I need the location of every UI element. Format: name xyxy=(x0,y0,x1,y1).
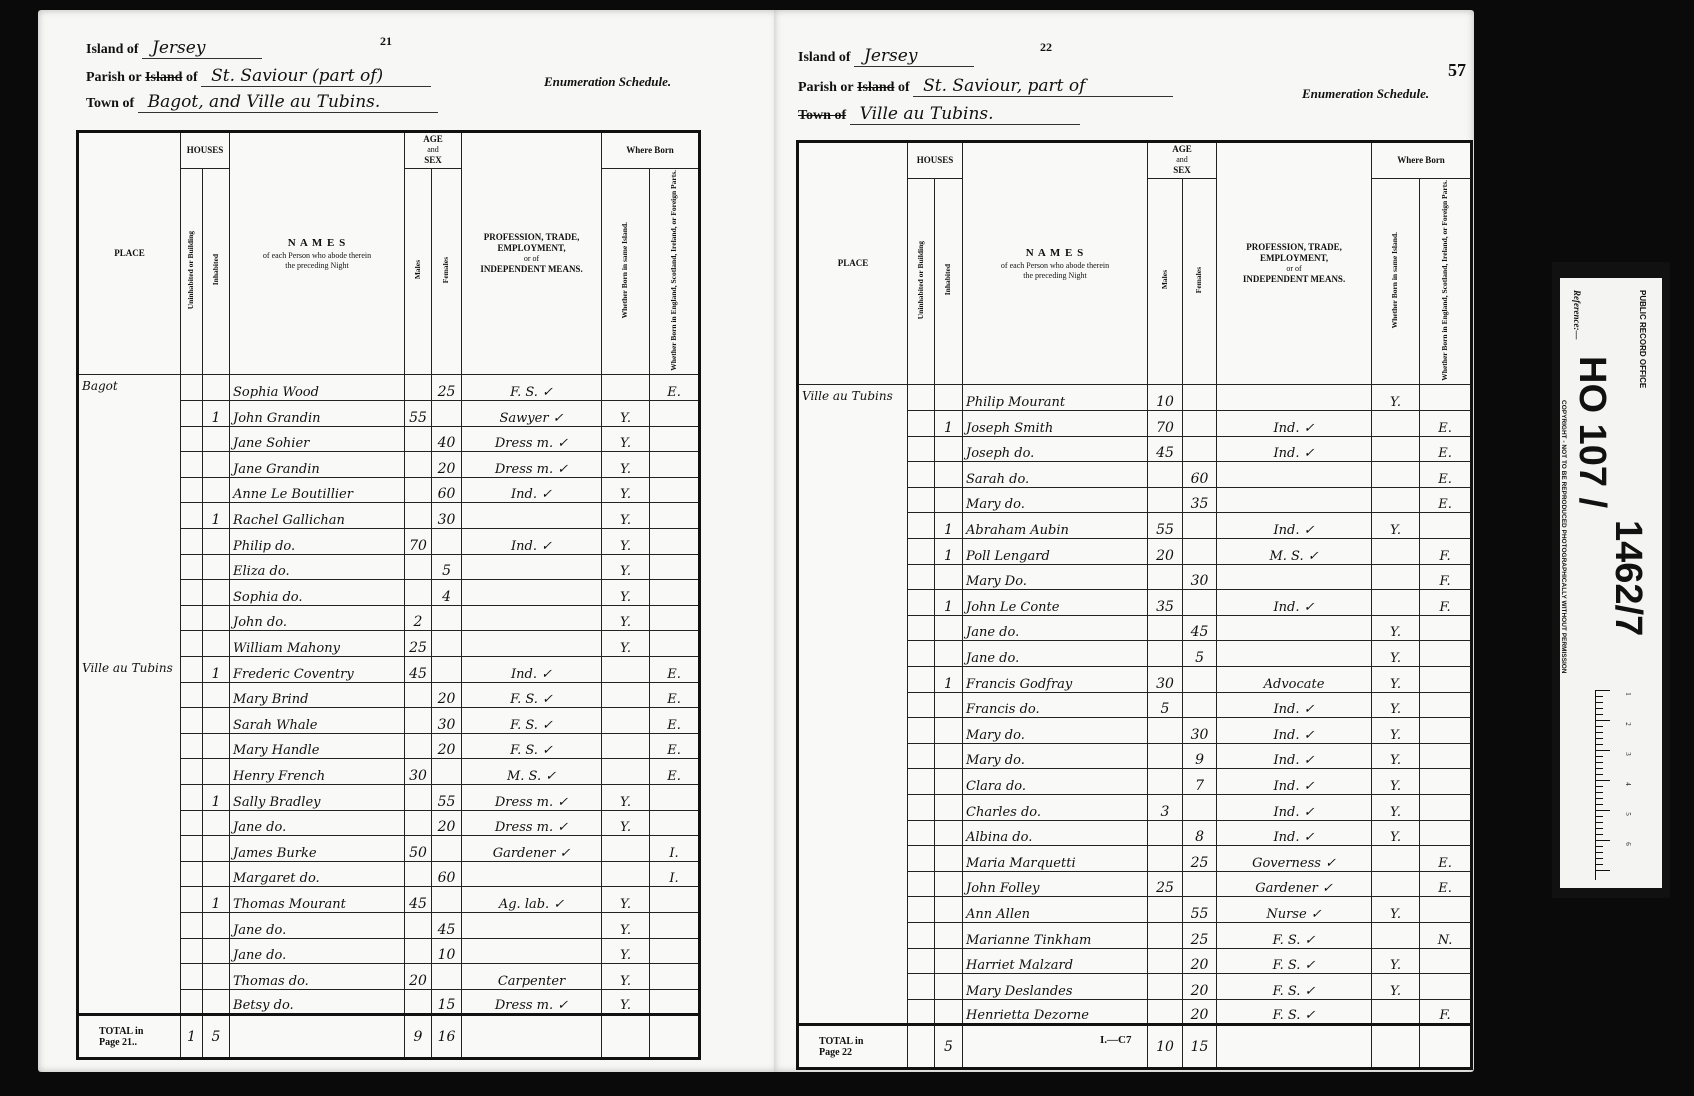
born-same-island-cell: Y. xyxy=(602,503,650,529)
male-age-cell xyxy=(405,861,432,887)
uninhabited-count-cell xyxy=(908,692,935,718)
inhabited-count-cell: 1 xyxy=(935,590,963,616)
male-age-cell xyxy=(405,503,432,529)
occupation-cell: M. S. ✓ xyxy=(462,759,602,785)
occupation-cell xyxy=(462,938,602,964)
census-row: Mary Brind20F. S. ✓E. xyxy=(78,682,700,708)
total-occ-blank xyxy=(1217,1025,1372,1069)
census-row: 1Joseph Smith70Ind. ✓E. xyxy=(798,411,1472,437)
census-row: Joseph do.45Ind. ✓E. xyxy=(798,436,1472,462)
born-same-island-cell: Y. xyxy=(602,810,650,836)
person-name-cell: Jane do. xyxy=(963,615,1148,641)
inhabited-count-cell xyxy=(203,580,230,606)
female-age-cell xyxy=(432,836,462,862)
female-age-cell: 20 xyxy=(432,733,462,759)
uninhabited-count-cell xyxy=(181,426,203,452)
born-same-island-cell xyxy=(602,375,650,401)
born-same-island-cell: Y. xyxy=(1372,513,1420,539)
male-age-cell: 3 xyxy=(1148,794,1183,820)
ruler-tick xyxy=(1596,720,1610,721)
born-same-island-cell: Y. xyxy=(602,912,650,938)
record-office-label: PUBLIC RECORD OFFICE xyxy=(1638,290,1647,388)
born-elsewhere-cell xyxy=(650,784,700,810)
born-elsewhere-cell xyxy=(1420,667,1472,693)
born-same-island-cell: Y. xyxy=(1372,718,1420,744)
total-names-blank xyxy=(963,1025,1148,1069)
male-age-cell: 30 xyxy=(405,759,432,785)
born-elsewhere-cell xyxy=(650,477,700,503)
occupation-cell xyxy=(462,631,602,657)
female-age-cell: 60 xyxy=(1183,462,1217,488)
place-cell xyxy=(798,718,908,744)
census-row: 1Francis Godfray30AdvocateY. xyxy=(798,667,1472,693)
person-name-cell: John do. xyxy=(230,605,405,631)
census-row: William Mahony25Y. xyxy=(78,631,700,657)
place-cell xyxy=(798,411,908,437)
born-same-island-cell: Y. xyxy=(1372,974,1420,1000)
census-row: Philip do.70Ind. ✓Y. xyxy=(78,529,700,555)
male-age-cell xyxy=(1148,999,1183,1025)
col-where-born: Where Born xyxy=(602,132,700,169)
born-elsewhere-cell: E. xyxy=(1420,871,1472,897)
place-cell xyxy=(798,974,908,1000)
ruler-tick xyxy=(1596,846,1603,847)
person-name-cell: James Burke xyxy=(230,836,405,862)
col-profession: PROFESSION, TRADE,EMPLOYMENT,or ofINDEPE… xyxy=(1217,142,1372,385)
female-age-cell: 9 xyxy=(1183,743,1217,769)
inhabited-count-cell xyxy=(203,631,230,657)
occupation-cell: M. S. ✓ xyxy=(1217,539,1372,565)
male-age-cell: 70 xyxy=(1148,411,1183,437)
uninhabited-count-cell xyxy=(181,401,203,427)
inhabited-count-cell xyxy=(935,718,963,744)
island-label: Island of xyxy=(798,50,851,66)
ruler-mark-label: 3 xyxy=(1624,752,1632,756)
male-age-cell: 5 xyxy=(1148,692,1183,718)
ruler-tick xyxy=(1596,744,1603,745)
place-cell xyxy=(798,948,908,974)
ruler-tick xyxy=(1596,852,1603,853)
uninhabited-count-cell xyxy=(908,667,935,693)
occupation-cell: Governess ✓ xyxy=(1217,846,1372,872)
uninhabited-count-cell xyxy=(908,999,935,1025)
inhabited-count-cell xyxy=(203,733,230,759)
person-name-cell: Mary Do. xyxy=(963,564,1148,590)
occupation-cell xyxy=(1217,615,1372,641)
place-cell xyxy=(78,759,181,785)
inhabited-count-cell: 1 xyxy=(935,539,963,565)
female-age-cell: 60 xyxy=(432,477,462,503)
total-females: 16 xyxy=(432,1015,462,1059)
person-name-cell: Mary Handle xyxy=(230,733,405,759)
census-row: James Burke50Gardener ✓I. xyxy=(78,836,700,862)
island-value: Jersey xyxy=(142,38,262,59)
uninhabited-count-cell xyxy=(181,682,203,708)
left-island-line: Island of Jersey xyxy=(86,38,262,59)
born-elsewhere-cell xyxy=(650,554,700,580)
col-names: N A M E Sof each Person who abode therei… xyxy=(230,132,405,375)
person-name-cell: Sophia do. xyxy=(230,580,405,606)
occupation-cell: F. S. ✓ xyxy=(462,733,602,759)
inhabited-count-cell: 1 xyxy=(203,503,230,529)
female-age-cell xyxy=(1183,385,1217,411)
occupation-cell: Dress m. ✓ xyxy=(462,452,602,478)
total-label: TOTAL in Page 21.. xyxy=(78,1015,181,1059)
col-uninhabited: Uninhabited or Building xyxy=(908,178,935,385)
inhabited-count-cell xyxy=(935,692,963,718)
ruler-tick xyxy=(1596,780,1610,781)
female-age-cell: 20 xyxy=(432,452,462,478)
born-elsewhere-cell xyxy=(1420,513,1472,539)
female-age-cell xyxy=(432,759,462,785)
born-elsewhere-cell: E. xyxy=(1420,436,1472,462)
uninhabited-count-cell xyxy=(908,974,935,1000)
col-place: PLACE xyxy=(78,132,181,375)
inhabited-count-cell xyxy=(935,948,963,974)
place-cell xyxy=(798,769,908,795)
male-age-cell: 70 xyxy=(405,529,432,555)
person-name-cell: Henrietta Dezorne xyxy=(963,999,1148,1025)
occupation-cell: Dress m. ✓ xyxy=(462,426,602,452)
female-age-cell: 30 xyxy=(432,708,462,734)
occupation-cell xyxy=(462,912,602,938)
uninhabited-count-cell xyxy=(908,539,935,565)
place-cell xyxy=(78,401,181,427)
occupation-cell: F. S. ✓ xyxy=(1217,948,1372,974)
born-same-island-cell xyxy=(1372,539,1420,565)
occupation-cell xyxy=(1217,385,1372,411)
col-houses: HOUSES xyxy=(181,132,230,169)
town-label-struck: Town of xyxy=(798,108,846,124)
census-row: Maria Marquetti25Governess ✓E. xyxy=(798,846,1472,872)
born-elsewhere-cell: E. xyxy=(650,759,700,785)
place-cell xyxy=(78,682,181,708)
male-age-cell xyxy=(405,989,432,1015)
place-cell xyxy=(78,989,181,1015)
census-row: Jane do.5Y. xyxy=(798,641,1472,667)
uninhabited-count-cell xyxy=(181,759,203,785)
ruler-tick xyxy=(1596,750,1610,751)
col-same-island: Whether Born in same Island. xyxy=(602,168,650,375)
ruler-mark-label: 5 xyxy=(1624,812,1632,816)
ruler-tick xyxy=(1596,696,1603,697)
place-cell xyxy=(798,667,908,693)
born-elsewhere-cell xyxy=(1420,692,1472,718)
place-cell xyxy=(78,912,181,938)
male-age-cell: 35 xyxy=(1148,590,1183,616)
census-row: Sophia do.4Y. xyxy=(78,580,700,606)
inhabited-count-cell xyxy=(935,820,963,846)
col-profession: PROFESSION, TRADE,EMPLOYMENT,or ofINDEPE… xyxy=(462,132,602,375)
left-census-table: PLACE HOUSES N A M E Sof each Person who… xyxy=(76,130,701,1060)
col-born-elsewhere: Whether Born in England, Scotland, Irela… xyxy=(650,168,700,375)
copyright-notice: COPYRIGHT - NOT TO BE REPRODUCED PHOTOGR… xyxy=(1560,400,1567,674)
place-cell xyxy=(798,692,908,718)
town-label: Town of xyxy=(86,96,134,112)
female-age-cell: 45 xyxy=(432,912,462,938)
person-name-cell: Sophia Wood xyxy=(230,375,405,401)
census-row: Charles do.3Ind. ✓Y. xyxy=(798,794,1472,820)
parish-label-of: of xyxy=(186,70,198,86)
ruler-tick xyxy=(1596,726,1603,727)
ruler-tick xyxy=(1596,870,1610,871)
male-age-cell xyxy=(405,784,432,810)
uninhabited-count-cell xyxy=(181,477,203,503)
census-row: BagotSophia Wood25F. S. ✓E. xyxy=(78,375,700,401)
place-cell xyxy=(798,436,908,462)
census-row: John do.2Y. xyxy=(78,605,700,631)
occupation-cell: Carpenter xyxy=(462,964,602,990)
female-age-cell xyxy=(432,529,462,555)
person-name-cell: Francis Godfray xyxy=(963,667,1148,693)
born-elsewhere-cell xyxy=(1420,718,1472,744)
born-elsewhere-cell xyxy=(650,452,700,478)
born-same-island-cell: Y. xyxy=(1372,743,1420,769)
parish-label: Parish or xyxy=(798,80,854,96)
ruler-tick xyxy=(1596,690,1610,691)
male-age-cell: 45 xyxy=(1148,436,1183,462)
male-age-cell xyxy=(1148,487,1183,513)
inhabited-count-cell xyxy=(203,554,230,580)
census-row: Clara do.7Ind. ✓Y. xyxy=(798,769,1472,795)
census-row: Thomas do.20CarpenterY. xyxy=(78,964,700,990)
person-name-cell: Marianne Tinkham xyxy=(963,922,1148,948)
inhabited-count-cell: 1 xyxy=(203,401,230,427)
female-age-cell xyxy=(432,605,462,631)
male-age-cell xyxy=(405,452,432,478)
uninhabited-count-cell xyxy=(908,948,935,974)
born-same-island-cell: Y. xyxy=(1372,385,1420,411)
born-elsewhere-cell xyxy=(650,938,700,964)
town-value: Ville au Tubins. xyxy=(850,104,1080,125)
born-same-island-cell: Y. xyxy=(602,631,650,657)
inhabited-count-cell xyxy=(203,912,230,938)
occupation-cell: Sawyer ✓ xyxy=(462,401,602,427)
place-cell xyxy=(78,733,181,759)
place-cell: Ville au Tubins xyxy=(78,657,181,683)
ruler-tick xyxy=(1596,864,1603,865)
col-age-sex: AGEandSEX xyxy=(405,132,462,169)
born-elsewhere-cell xyxy=(650,810,700,836)
col-females: Females xyxy=(432,168,462,375)
born-elsewhere-cell: E. xyxy=(1420,846,1472,872)
right-town-line: Town of Ville au Tubins. xyxy=(798,104,1080,125)
place-cell xyxy=(78,503,181,529)
place-cell xyxy=(798,590,908,616)
total-females: 15 xyxy=(1183,1025,1217,1069)
col-houses: HOUSES xyxy=(908,142,963,179)
uninhabited-count-cell xyxy=(181,529,203,555)
ruler-tick xyxy=(1596,828,1603,829)
census-row: Sarah do.60E. xyxy=(798,462,1472,488)
ruler-tick xyxy=(1596,822,1603,823)
right-census-table: PLACE HOUSES N A M E Sof each Person who… xyxy=(796,140,1473,1070)
parish-label-struck: Island xyxy=(857,80,894,96)
person-name-cell: Anne Le Boutillier xyxy=(230,477,405,503)
total-males: 10 xyxy=(1148,1025,1183,1069)
born-same-island-cell xyxy=(1372,564,1420,590)
female-age-cell: 20 xyxy=(432,810,462,836)
total-names-blank xyxy=(230,1015,405,1059)
uninhabited-count-cell xyxy=(908,513,935,539)
uninhabited-count-cell xyxy=(908,462,935,488)
person-name-cell: Sarah Whale xyxy=(230,708,405,734)
uninhabited-count-cell xyxy=(908,743,935,769)
uninhabited-count-cell xyxy=(181,605,203,631)
inhabited-count-cell xyxy=(935,641,963,667)
inhabited-count-cell xyxy=(203,477,230,503)
male-age-cell xyxy=(1148,948,1183,974)
occupation-cell: Dress m. ✓ xyxy=(462,989,602,1015)
person-name-cell: Joseph do. xyxy=(963,436,1148,462)
census-row: Sarah Whale30F. S. ✓E. xyxy=(78,708,700,734)
inhabited-count-cell xyxy=(203,426,230,452)
female-age-cell: 20 xyxy=(1183,999,1217,1025)
ruler-mark-label: 1 xyxy=(1624,692,1632,696)
inhabited-count-cell xyxy=(935,922,963,948)
occupation-cell: Advocate xyxy=(1217,667,1372,693)
female-age-cell xyxy=(1183,692,1217,718)
male-age-cell xyxy=(405,580,432,606)
place-cell xyxy=(78,938,181,964)
person-name-cell: John Folley xyxy=(963,871,1148,897)
place-cell xyxy=(798,846,908,872)
census-row: 1Poll Lengard20M. S. ✓F. xyxy=(798,539,1472,565)
male-age-cell: 55 xyxy=(1148,513,1183,539)
place-cell xyxy=(78,426,181,452)
occupation-cell: Ind. ✓ xyxy=(1217,411,1372,437)
person-name-cell: Eliza do. xyxy=(230,554,405,580)
female-age-cell: 55 xyxy=(1183,897,1217,923)
born-same-island-cell: Y. xyxy=(1372,820,1420,846)
total-uninhabited: 1 xyxy=(181,1015,203,1059)
uninhabited-count-cell xyxy=(181,554,203,580)
inhabited-count-cell xyxy=(203,708,230,734)
born-same-island-cell xyxy=(602,759,650,785)
born-elsewhere-cell: E. xyxy=(1420,411,1472,437)
inhabited-count-cell xyxy=(935,743,963,769)
born-same-island-cell xyxy=(602,836,650,862)
person-name-cell: Mary do. xyxy=(963,718,1148,744)
male-age-cell xyxy=(405,810,432,836)
born-elsewhere-cell xyxy=(650,964,700,990)
occupation-cell: F. S. ✓ xyxy=(462,375,602,401)
male-age-cell xyxy=(1148,718,1183,744)
male-age-cell xyxy=(405,426,432,452)
total-born2-blank xyxy=(1420,1025,1472,1069)
person-name-cell: Jane do. xyxy=(230,810,405,836)
male-age-cell: 45 xyxy=(405,657,432,683)
occupation-cell xyxy=(462,861,602,887)
ruler-tick xyxy=(1596,762,1603,763)
female-age-cell: 20 xyxy=(432,682,462,708)
place-cell xyxy=(78,836,181,862)
male-age-cell xyxy=(405,708,432,734)
inhabited-count-cell xyxy=(203,452,230,478)
left-schedule-title: Enumeration Schedule. xyxy=(544,74,671,90)
born-same-island-cell: Y. xyxy=(602,580,650,606)
place-cell xyxy=(78,605,181,631)
born-same-island-cell xyxy=(602,861,650,887)
uninhabited-count-cell xyxy=(181,989,203,1015)
inhabited-count-cell xyxy=(935,769,963,795)
inhabited-count-cell: 1 xyxy=(935,513,963,539)
uninhabited-count-cell xyxy=(181,810,203,836)
female-age-cell: 30 xyxy=(1183,718,1217,744)
born-same-island-cell xyxy=(602,657,650,683)
person-name-cell: Mary do. xyxy=(963,487,1148,513)
town-value: Bagot, and Ville au Tubins. xyxy=(138,92,438,113)
occupation-cell: F. S. ✓ xyxy=(1217,999,1372,1025)
occupation-cell xyxy=(1217,564,1372,590)
reference-label: Reference:— xyxy=(1572,290,1582,339)
census-row: Mary Handle20F. S. ✓E. xyxy=(78,733,700,759)
occupation-cell: Ind. ✓ xyxy=(1217,590,1372,616)
born-elsewhere-cell xyxy=(1420,948,1472,974)
place-cell xyxy=(798,487,908,513)
reference-piece: 1462/7 xyxy=(1606,520,1649,636)
female-age-cell: 8 xyxy=(1183,820,1217,846)
place-cell xyxy=(798,743,908,769)
ruler-tick xyxy=(1596,774,1603,775)
place-cell xyxy=(798,897,908,923)
occupation-cell: Nurse ✓ xyxy=(1217,897,1372,923)
born-same-island-cell: Y. xyxy=(602,401,650,427)
uninhabited-count-cell xyxy=(908,820,935,846)
born-elsewhere-cell: F. xyxy=(1420,590,1472,616)
uninhabited-count-cell xyxy=(181,836,203,862)
born-same-island-cell: Y. xyxy=(602,964,650,990)
place-cell xyxy=(798,615,908,641)
male-age-cell xyxy=(1148,897,1183,923)
uninhabited-count-cell xyxy=(181,912,203,938)
inhabited-count-cell xyxy=(203,989,230,1015)
born-same-island-cell: Y. xyxy=(1372,897,1420,923)
census-row: Harriet Malzard20F. S. ✓Y. xyxy=(798,948,1472,974)
parish-label-of: of xyxy=(898,80,910,96)
place-cell xyxy=(78,631,181,657)
male-age-cell xyxy=(1148,974,1183,1000)
person-name-cell: Frederic Coventry xyxy=(230,657,405,683)
born-elsewhere-cell xyxy=(1420,974,1472,1000)
uninhabited-count-cell xyxy=(908,411,935,437)
male-age-cell: 30 xyxy=(1148,667,1183,693)
ruler-tick xyxy=(1596,810,1610,811)
census-row: 1John Le Conte35Ind. ✓F. xyxy=(798,590,1472,616)
born-same-island-cell: Y. xyxy=(1372,667,1420,693)
female-age-cell xyxy=(432,401,462,427)
born-same-island-cell xyxy=(1372,590,1420,616)
uninhabited-count-cell xyxy=(908,385,935,411)
male-age-cell xyxy=(1148,922,1183,948)
male-age-cell xyxy=(1148,743,1183,769)
inhabited-count-cell xyxy=(935,462,963,488)
born-elsewhere-cell xyxy=(1420,794,1472,820)
total-males: 9 xyxy=(405,1015,432,1059)
place-cell xyxy=(798,820,908,846)
census-row: Jane do.10Y. xyxy=(78,938,700,964)
uninhabited-count-cell xyxy=(908,590,935,616)
uninhabited-count-cell xyxy=(908,641,935,667)
person-name-cell: Sally Bradley xyxy=(230,784,405,810)
female-age-cell xyxy=(1183,871,1217,897)
census-row: Francis do.5Ind. ✓Y. xyxy=(798,692,1472,718)
inhabited-count-cell xyxy=(203,861,230,887)
born-same-island-cell: Y. xyxy=(602,426,650,452)
census-row: Anne Le Boutillier60Ind. ✓Y. xyxy=(78,477,700,503)
col-where-born: Where Born xyxy=(1372,142,1472,179)
col-same-island: Whether Born in same Island. xyxy=(1372,178,1420,385)
